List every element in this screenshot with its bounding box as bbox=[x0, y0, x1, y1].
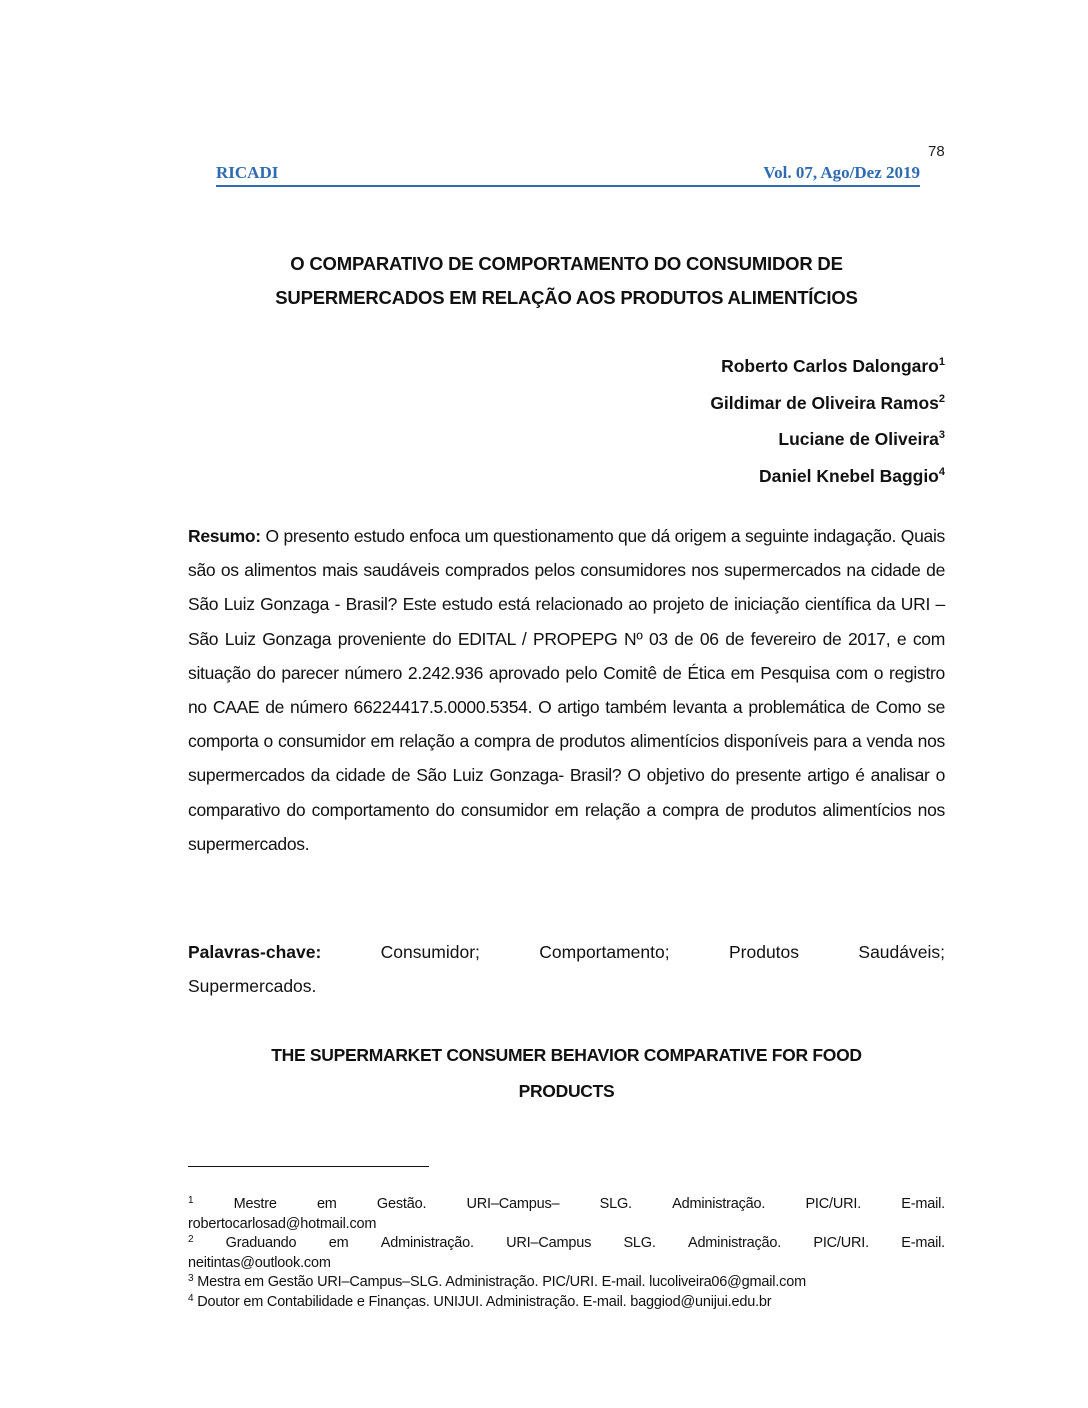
footnote-word: em bbox=[329, 1234, 349, 1254]
abstract: Resumo: O presento estudo enfoca um ques… bbox=[188, 519, 945, 861]
footnote-word: Administração. bbox=[688, 1234, 781, 1254]
footnote-word: Mestre bbox=[234, 1195, 277, 1215]
footnote-word: PIC/URI. bbox=[813, 1234, 869, 1254]
keyword: Consumidor; bbox=[381, 935, 480, 969]
keyword: Saudáveis; bbox=[858, 935, 945, 969]
keyword: Comportamento; bbox=[539, 935, 669, 969]
footnote-ref[interactable]: 3 bbox=[939, 429, 945, 441]
footnote-word: E-mail. bbox=[901, 1195, 945, 1215]
footnote-number: 2 bbox=[188, 1234, 193, 1254]
footnote-email[interactable]: neitintas@outlook.com bbox=[188, 1254, 945, 1274]
footnote-word: E-mail. bbox=[901, 1234, 945, 1254]
title-line: PRODUCTS bbox=[188, 1073, 945, 1109]
running-header: RICADI Vol. 07, Ago/Dez 2019 bbox=[216, 163, 920, 187]
keyword: Produtos bbox=[729, 935, 799, 969]
title-line: THE SUPERMARKET CONSUMER BEHAVIOR COMPAR… bbox=[188, 1037, 945, 1073]
footnote-word: SLG. bbox=[600, 1195, 632, 1215]
keyword: Supermercados. bbox=[188, 969, 945, 1003]
title-line: SUPERMERCADOS EM RELAÇÃO AOS PRODUTOS AL… bbox=[188, 281, 945, 315]
author: Gildimar de Oliveira Ramos2 bbox=[710, 385, 945, 422]
footnote-word: URI–Campus bbox=[506, 1234, 591, 1254]
footnote-word: SLG. bbox=[623, 1234, 655, 1254]
keywords: Palavras-chave: Consumidor; Comportament… bbox=[188, 935, 945, 1003]
footnote: 2GraduandoemAdministração.URI–CampusSLG.… bbox=[188, 1234, 945, 1273]
author: Roberto Carlos Dalongaro1 bbox=[710, 348, 945, 385]
author: Daniel Knebel Baggio4 bbox=[710, 458, 945, 495]
footnote-word: URI–Campus– bbox=[467, 1195, 560, 1215]
author-list: Roberto Carlos Dalongaro1 Gildimar de Ol… bbox=[710, 348, 945, 494]
footnote-word: PIC/URI. bbox=[805, 1195, 861, 1215]
footnote-ref[interactable]: 4 bbox=[939, 466, 945, 478]
keywords-label: Palavras-chave: bbox=[188, 935, 321, 969]
footnotes: 1MestreemGestão.URI–Campus–SLG.Administr… bbox=[188, 1195, 945, 1312]
journal-name: RICADI bbox=[216, 163, 278, 183]
footnote-word: Administração. bbox=[672, 1195, 765, 1215]
footnote-word: Graduando bbox=[226, 1234, 297, 1254]
footnote-email[interactable]: robertocarlosad@hotmail.com bbox=[188, 1215, 945, 1235]
footnote: 1MestreemGestão.URI–Campus–SLG.Administr… bbox=[188, 1195, 945, 1234]
footnote-word: Gestão. bbox=[377, 1195, 426, 1215]
footnote-ref[interactable]: 2 bbox=[939, 393, 945, 405]
footnote-line: 2GraduandoemAdministração.URI–CampusSLG.… bbox=[188, 1234, 945, 1254]
footnote-word: Administração. bbox=[381, 1234, 474, 1254]
footnote: 3 Mestra em Gestão URI–Campus–SLG. Admin… bbox=[188, 1273, 945, 1293]
footnote-ref[interactable]: 1 bbox=[939, 356, 945, 368]
footnote: 4 Doutor em Contabilidade e Finanças. UN… bbox=[188, 1293, 945, 1313]
abstract-text: O presento estudo enfoca um questionamen… bbox=[188, 526, 945, 854]
footnote-word: em bbox=[317, 1195, 337, 1215]
footnote-line: 1MestreemGestão.URI–Campus–SLG.Administr… bbox=[188, 1195, 945, 1215]
article-title: O COMPARATIVO DE COMPORTAMENTO DO CONSUM… bbox=[188, 247, 945, 315]
journal-volume: Vol. 07, Ago/Dez 2019 bbox=[763, 163, 920, 183]
page-number: 78 bbox=[928, 143, 945, 160]
abstract-label: Resumo: bbox=[188, 526, 261, 546]
footnote-separator bbox=[188, 1166, 429, 1167]
title-line: O COMPARATIVO DE COMPORTAMENTO DO CONSUM… bbox=[188, 247, 945, 281]
footnote-number: 1 bbox=[188, 1195, 193, 1215]
english-title: THE SUPERMARKET CONSUMER BEHAVIOR COMPAR… bbox=[188, 1037, 945, 1109]
author: Luciane de Oliveira3 bbox=[710, 421, 945, 458]
